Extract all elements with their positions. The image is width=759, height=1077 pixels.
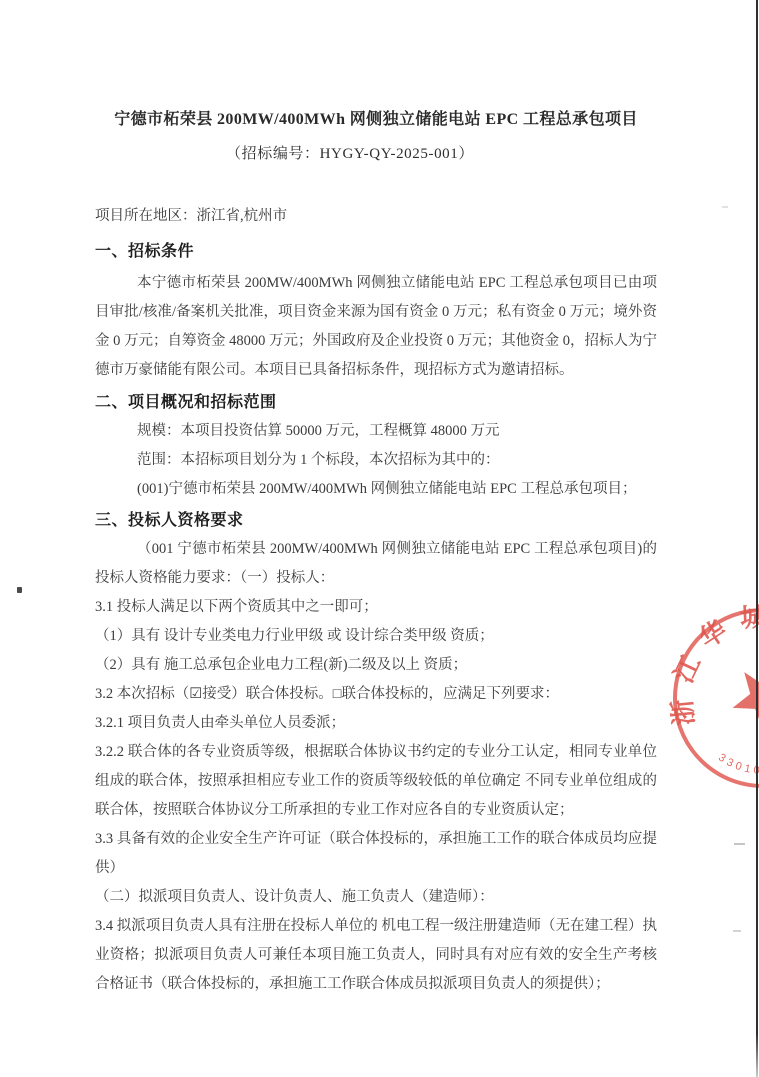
seal-star-icon bbox=[720, 654, 759, 737]
seal-ring bbox=[640, 575, 759, 821]
paragraph-heading-personnel: （二）拟派项目负责人、设计负责人、施工负责人（建造师）： bbox=[95, 883, 657, 912]
paragraph-3-4: 3.4 拟派项目负责人具有注册在投标人单位的 机电工程一级注册建造师（无在建工程… bbox=[95, 912, 657, 999]
seal-serial-number: 330100101 bbox=[714, 718, 759, 805]
page-title: 宁德市柘荣县 200MW/400MWh 网侧独立储能电站 EPC 工程总承包项目 bbox=[95, 108, 657, 132]
scan-artifact-tick bbox=[734, 843, 745, 845]
section-heading-bidder-qualifications: 三、投标人资格要求 bbox=[95, 506, 657, 535]
paragraph-3-2-1: 3.2.1 项目负责人由牵头单位人员委派； bbox=[95, 709, 657, 738]
paragraph-3-2: 3.2 本次招标（☑接受）联合体投标。□联合体投标的，应满足下列要求： bbox=[95, 680, 657, 709]
document-content: 宁德市柘荣县 200MW/400MWh 网侧独立储能电站 EPC 工程总承包项目… bbox=[95, 0, 657, 999]
section-heading-project-overview: 二、项目概况和招标范围 bbox=[95, 388, 657, 417]
project-location-line: 项目所在地区：浙江省,杭州市 bbox=[95, 202, 657, 231]
paragraph-3-3: 3.3 具备有效的企业安全生产许可证（联合体投标的，承担施工工作的联合体成员均应… bbox=[95, 825, 657, 883]
paragraph-qualification-intro: （001 宁德市柘荣县 200MW/400MWh 网侧独立储能电站 EPC 工程… bbox=[95, 535, 657, 593]
paragraph-3-1-option-2: （2）具有 施工总承包企业电力工程(新)二级及以上 资质； bbox=[95, 651, 657, 680]
paragraph-tender-conditions: 本宁德市柘荣县 200MW/400MWh 网侧独立储能电站 EPC 工程总承包项… bbox=[95, 269, 657, 385]
scan-artifact-tick bbox=[733, 930, 741, 932]
paragraph-3-2-2: 3.2.2 联合体的各专业资质等级，根据联合体协议书约定的专业分工认定，相同专业… bbox=[95, 738, 657, 825]
paragraph-scale: 规模：本项目投资估算 50000 万元，工程概算 48000 万元 bbox=[95, 417, 657, 446]
paragraph-3-1-option-1: （1）具有 设计专业类电力行业甲级 或 设计综合类甲级 资质； bbox=[95, 622, 657, 651]
svg-text:330100101: 330100101 bbox=[714, 718, 759, 805]
paragraph-lot-001: (001)宁德市柘荣县 200MW/400MWh 网侧独立储能电站 EPC 工程… bbox=[95, 475, 657, 504]
scan-artifact-tick bbox=[722, 206, 728, 208]
scan-speck bbox=[17, 587, 22, 593]
paragraph-scope: 范围：本招标项目划分为 1 个标段，本次招标为其中的： bbox=[95, 446, 657, 475]
scanned-document-page: 宁德市柘荣县 200MW/400MWh 网侧独立储能电站 EPC 工程总承包项目… bbox=[0, 0, 759, 1077]
paragraph-3-1: 3.1 投标人满足以下两个资质其中之一即可； bbox=[95, 593, 657, 622]
scan-edge-line bbox=[756, 0, 758, 1077]
tender-number-line: （招标编号：HYGY-QY-2025-001） bbox=[69, 142, 631, 166]
section-heading-tender-conditions: 一、招标条件 bbox=[95, 237, 657, 266]
